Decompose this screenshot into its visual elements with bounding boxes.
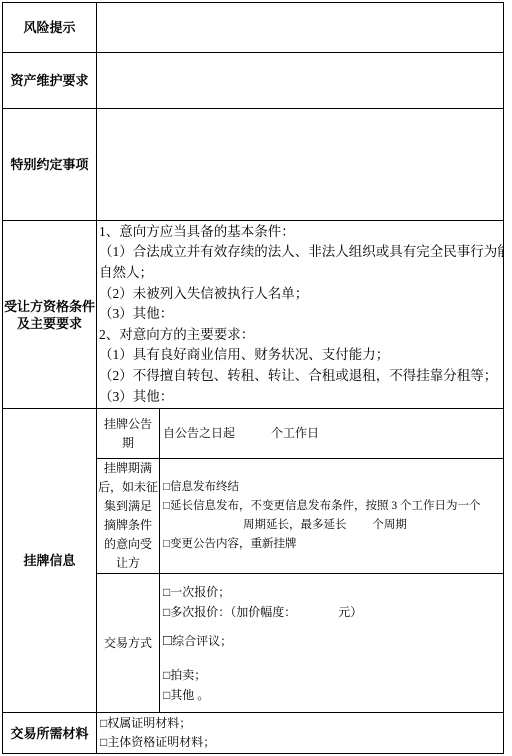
checkbox-icon: □ — [163, 633, 172, 649]
expiry-option: □变更公告内容，重新挂牌 — [160, 535, 503, 554]
transferee-requirement-line: （3）其他： — [97, 304, 503, 325]
listing-form-table: 风险提示 资产维护要求 特别约定事项 受让方资格条件 及主要要求 1、意向方应当… — [2, 2, 504, 754]
expiry-option: □延长信息发布，不变更信息发布条件，按照 3 个工作日为一个 — [160, 497, 503, 516]
row-label-special: 特别约定事项 — [3, 109, 97, 221]
transferee-requirement-line: 1、意向方应当具备的基本条件： — [97, 222, 503, 243]
sublabel-announcement-period: 挂牌公告 期 — [97, 409, 160, 459]
row-label-materials: 交易所需材料 — [3, 713, 97, 754]
method-option-label: 拍卖； — [170, 668, 206, 682]
transferee-requirement-line: （3）其他： — [97, 387, 503, 408]
materials-line: □主体资格证明材料； — [97, 733, 503, 753]
row-content-trade-method: □一次报价； □多次报价：（加价幅度： 元） □综合评议； □拍卖； □其他 。 — [160, 574, 504, 713]
announcement-period-value: 自公告之日起 个工作日 — [160, 424, 503, 443]
method-option: □一次报价； — [160, 582, 503, 602]
row-content-transferee: 1、意向方应当具备的基本条件： （1）合法成立并有效存续的法人、非法人组织或具有… — [97, 221, 504, 409]
method-option-label: 一次报价； — [170, 585, 230, 599]
method-option: □综合评议； — [160, 631, 503, 651]
row-label-risk: 风险提示 — [3, 3, 97, 53]
row-content-announcement-period: 自公告之日起 个工作日 — [160, 409, 504, 459]
document-page: 风险提示 资产维护要求 特别约定事项 受让方资格条件 及主要要求 1、意向方应当… — [0, 0, 512, 756]
row-label-transferee: 受让方资格条件 及主要要求 — [3, 221, 97, 409]
row-content-materials: □权属证明材料； □主体资格证明材料； — [97, 713, 504, 754]
transferee-requirement-line: （2）不得擅自转包、转租、转让、合租或退租，不得挂靠分租等； — [97, 366, 503, 387]
sublabel-expiry-condition: 挂牌期满 后，如未征 集到满足 摘牌条件 的意向受 让方 — [97, 459, 160, 574]
method-option-label: 其他 。 — [170, 688, 209, 702]
row-special: 特别约定事项 — [3, 109, 504, 221]
method-option: □拍卖； — [160, 665, 503, 685]
expiry-option-continuation: 周期延长，最多延长 个周期 — [160, 516, 503, 535]
materials-line: □权属证明材料； — [97, 714, 503, 734]
transferee-requirement-line: 2、对意向方的主要要求： — [97, 325, 503, 346]
expiry-option: □信息发布终结 — [160, 478, 503, 497]
row-label-asset: 资产维护要求 — [3, 53, 97, 109]
sublabel-trade-method: 交易方式 — [97, 574, 160, 713]
row-listing-announcement: 挂牌信息 挂牌公告 期 自公告之日起 个工作日 — [3, 409, 504, 459]
method-option: □其他 。 — [160, 685, 503, 705]
method-option: □多次报价：（加价幅度： 元） — [160, 602, 503, 622]
row-risk: 风险提示 — [3, 3, 504, 53]
row-label-listing: 挂牌信息 — [3, 409, 97, 713]
row-asset: 资产维护要求 — [3, 53, 504, 109]
row-transferee: 受让方资格条件 及主要要求 1、意向方应当具备的基本条件： （1）合法成立并有效… — [3, 221, 504, 409]
row-content-expiry-options: □信息发布终结 □延长信息发布，不变更信息发布条件，按照 3 个工作日为一个 周… — [160, 459, 504, 574]
method-option-label: 多次报价：（加价幅度： 元） — [170, 605, 362, 619]
transferee-requirement-line: （1）具有良好商业信用、财务状况、支付能力； — [97, 345, 503, 366]
row-content-special — [97, 109, 504, 221]
transferee-requirement-line: （2）未被列入失信被执行人名单； — [97, 284, 503, 305]
transferee-requirement-line: 自然人； — [97, 263, 503, 284]
row-content-risk — [97, 3, 504, 53]
row-content-asset — [97, 53, 504, 109]
transferee-requirement-line: （1）合法成立并有效存续的法人、非法人组织或具有完全民事行为能力的 — [97, 242, 503, 263]
method-option-label: 综合评议； — [172, 634, 232, 648]
row-materials: 交易所需材料 □权属证明材料； □主体资格证明材料； — [3, 713, 504, 754]
